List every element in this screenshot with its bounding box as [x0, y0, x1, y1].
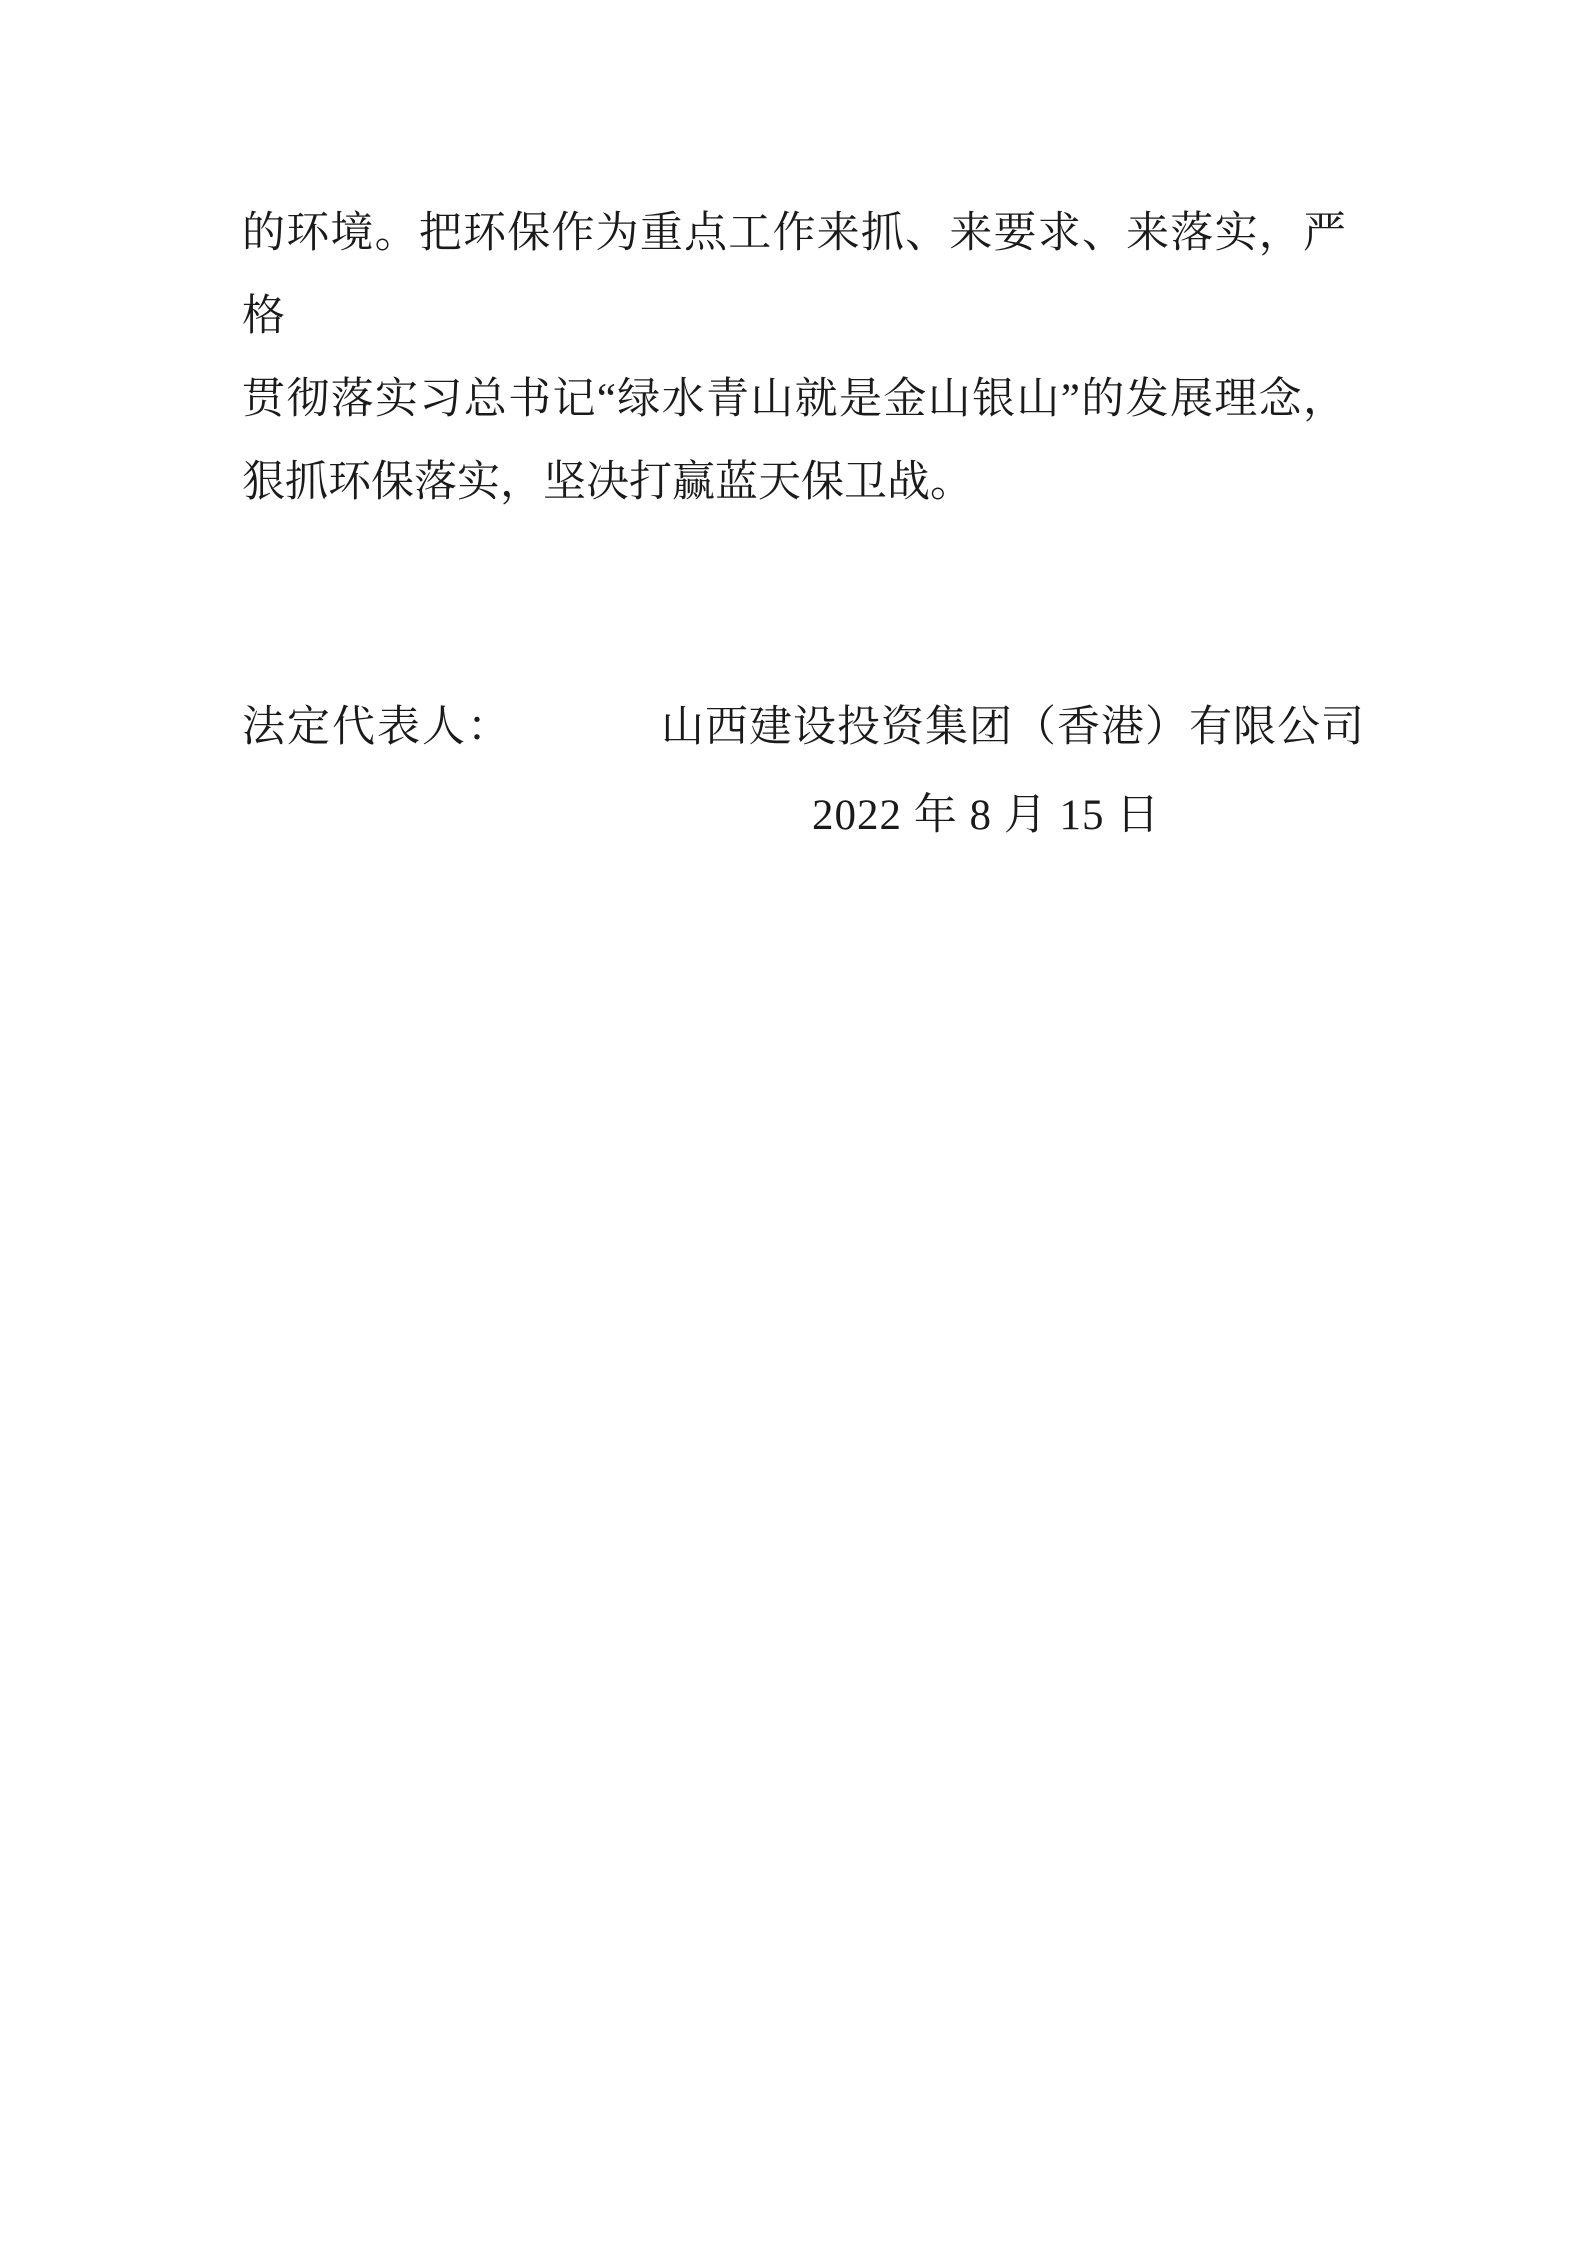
signature-date: 2022 年 8 月 15 日	[812, 791, 1160, 841]
document-page: 的环境。把环保作为重点工作来抓、来要求、来落实，严格 贯彻落实习总书记“绿水青山…	[0, 0, 1587, 2245]
signature-row: 法定代表人： 山西建设投资集团（香港）有限公司	[0, 703, 1587, 763]
body-paragraph: 的环境。把环保作为重点工作来抓、来要求、来落实，严格 贯彻落实习总书记“绿水青山…	[242, 192, 1346, 524]
legal-representative-label: 法定代表人：	[242, 703, 512, 753]
paragraph-line-2: 贯彻落实习总书记“绿水青山就是金山银山”的发展理念，	[242, 358, 1346, 441]
company-name: 山西建设投资集团（香港）有限公司	[661, 703, 1365, 753]
paragraph-line-3: 狠抓环保落实，坚决打赢蓝天保卫战。	[242, 441, 1346, 524]
paragraph-line-1: 的环境。把环保作为重点工作来抓、来要求、来落实，严格	[242, 192, 1346, 358]
